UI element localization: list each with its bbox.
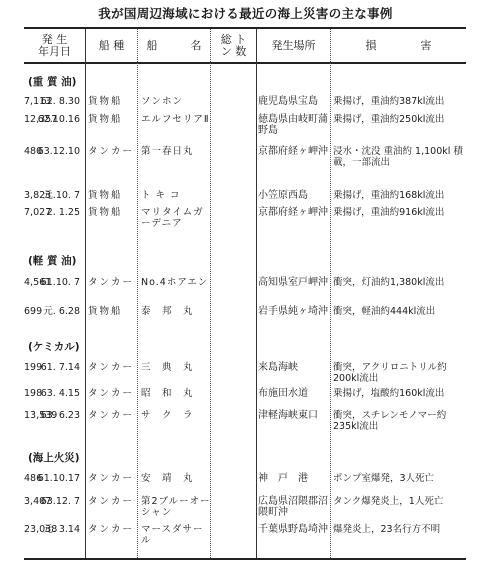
ship-type-cell: タンカー	[88, 389, 140, 400]
place-cell: 津軽海峡東口	[258, 411, 330, 422]
ship-type-cell: タンカー	[88, 497, 140, 508]
tonnage-cell: 3,407	[24, 497, 51, 508]
ship-type-cell: 貨物船	[88, 97, 140, 108]
place-cell: 小笠原西島	[258, 191, 330, 202]
ship-name-cell: 昭 和 丸	[141, 389, 211, 400]
tonnage-cell: 23,038	[24, 525, 57, 536]
damage-cell: 爆発炎上，23名行方不明	[333, 525, 467, 536]
ship-name-cell: 第2ブルーオーシャン	[141, 497, 211, 518]
damage-cell: 衝突，アクリロニトリル約200kl流出	[333, 363, 467, 384]
damage-cell: 乗揚げ，重油約916kl流出	[333, 208, 467, 219]
place-cell: 高知県室戸岬沖	[258, 278, 330, 289]
tonnage-cell: 480	[24, 147, 42, 158]
tonnage-cell: 7,027	[24, 208, 51, 219]
ship-type-cell: タンカー	[88, 363, 140, 374]
ship-name-cell: 三 典 丸	[141, 363, 211, 374]
category-label: (軽 質 油)	[28, 253, 76, 268]
place-cell: 広島県沼隈郡沼隈町沖	[258, 497, 330, 518]
ship-type-cell: 貨物船	[88, 208, 140, 219]
tonnage-cell: 4,561	[24, 278, 51, 289]
damage-cell: 浸水・沈没 重油約 1,100kl 積載，一部流出	[333, 147, 467, 168]
column-divider	[85, 29, 86, 558]
header-rule	[24, 62, 466, 64]
place-cell: 布施田水道	[258, 389, 330, 400]
category-label: (ケミカル)	[28, 339, 80, 354]
header-damage: 損 害	[331, 29, 466, 62]
place-cell: 京都府経ヶ岬沖	[258, 147, 330, 158]
ship-type-cell: 貨物船	[88, 191, 140, 202]
ship-name-cell: 第一春日丸	[141, 147, 211, 158]
header-ship-name: 船 名	[138, 29, 210, 62]
ship-name-cell: サ ク ラ	[141, 411, 211, 422]
ship-type-cell: タンカー	[88, 474, 140, 485]
place-cell: 岩手県純ヶ埼沖	[258, 307, 330, 318]
damage-cell: タンク爆発炎上，1人死亡	[333, 497, 467, 508]
tonnage-cell: 198	[24, 389, 42, 400]
damage-cell: ポンプ室爆発，3人死亡	[333, 474, 467, 485]
ship-name-cell: ソンホン	[141, 97, 211, 108]
tonnage-cell: 12,357	[24, 115, 57, 126]
damage-cell: 乗揚げ，重油約387kl流出	[333, 97, 467, 108]
damage-cell: 乗揚げ，重油約250kl流出	[333, 115, 467, 126]
ship-name-cell: ト キ コ	[141, 191, 211, 202]
ship-name-cell: No.4ホアエン	[141, 278, 211, 289]
category-label: (海上火災)	[28, 450, 80, 465]
place-cell: 神 戸 港	[258, 474, 330, 485]
header-place: 発生場所	[257, 29, 330, 62]
tonnage-cell: 486	[24, 474, 42, 485]
damage-cell: 衝突，スチレンモノマー約235kl流出	[333, 411, 467, 432]
ship-type-cell: タンカー	[88, 411, 140, 422]
ship-type-cell: タンカー	[88, 147, 140, 158]
header-ship-type: 船 種	[86, 29, 137, 62]
place-cell: 徳島県由岐町蒲野島	[258, 115, 330, 136]
tonnage-cell: 699	[24, 307, 42, 318]
tonnage-cell: 199	[24, 363, 42, 374]
place-cell: 鹿児島県宝島	[258, 97, 330, 108]
ship-name-cell: 安 靖 丸	[141, 474, 211, 485]
ship-type-cell: 貨物船	[88, 307, 140, 318]
damage-cell: 衝突，軽油約444kl流出	[333, 307, 467, 318]
damage-cell: 乗揚げ，塩酸約160kl流出	[333, 389, 467, 400]
header-tonnage: 総 ト ン 数	[211, 29, 256, 62]
ship-name-cell: マリタイムガーデニア	[141, 208, 211, 229]
tonnage-cell: 13,539	[24, 411, 57, 422]
ship-type-cell: タンカー	[88, 525, 140, 536]
place-cell: 千葉県野島埼沖	[258, 525, 330, 536]
table-title: 我が国周辺海域における最近の海上災害の主な事例	[0, 4, 491, 22]
ship-name-cell: マースダサール	[141, 525, 211, 546]
place-cell: 京都府経ヶ岬沖	[258, 208, 330, 219]
bottom-rule	[24, 558, 466, 560]
damage-cell: 衝突，灯油約1,380kl流出	[333, 278, 467, 289]
tonnage-cell: 7,113	[24, 97, 51, 108]
ship-name-cell: エルフセリアⅡ	[141, 115, 211, 126]
damage-cell: 乗揚げ，重油約168kl流出	[333, 191, 467, 202]
column-divider	[256, 29, 257, 558]
category-label: (重 質 油)	[28, 74, 76, 89]
place-cell: 来島海峡	[258, 363, 330, 374]
ship-type-cell: タンカー	[88, 278, 140, 289]
column-divider	[330, 29, 331, 558]
ship-name-cell: 泰 邦 丸	[141, 307, 211, 318]
tonnage-cell: 3,823	[24, 191, 51, 202]
ship-type-cell: 貨物船	[88, 115, 140, 126]
header-date: 発 生 年月日	[24, 29, 85, 62]
